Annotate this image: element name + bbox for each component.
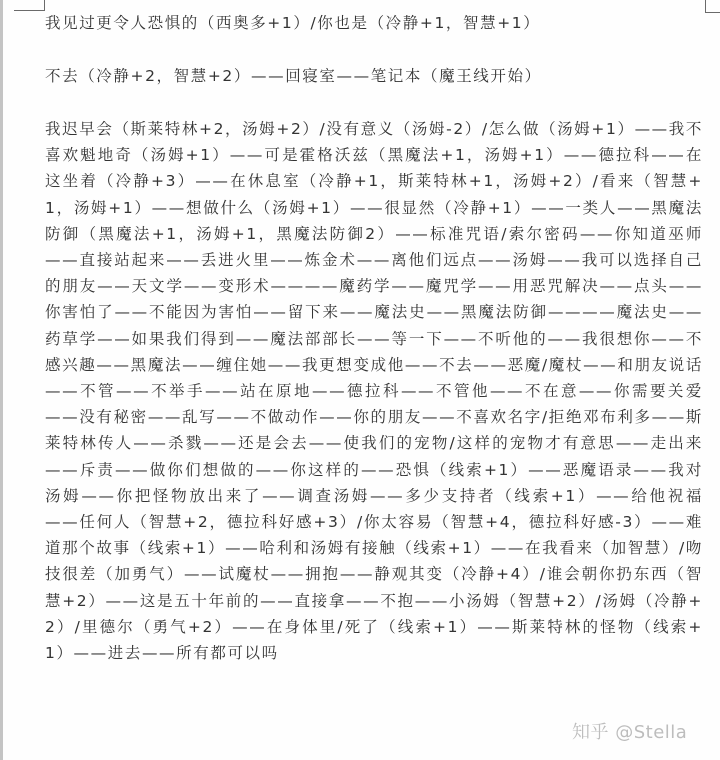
watermark-author: @Stella (615, 722, 687, 743)
paragraph-route-walkthrough: 我迟早会（斯莱特林+2，汤姆+2）/没有意义（汤姆-2）/怎么做（汤姆+1）——… (45, 116, 703, 666)
scanned-document-page: 我见过更令人恐惧的（西奥多+1）/你也是（冷静+1，智慧+1） 不去（冷静+2，… (0, 0, 720, 760)
watermark-platform: 知乎 (572, 722, 609, 743)
zhihu-watermark: 知乎 @Stella (572, 718, 687, 744)
crop-mark-top-left (14, 0, 45, 11)
paragraph-intro-choice: 我见过更令人恐惧的（西奥多+1）/你也是（冷静+1，智慧+1） (45, 10, 703, 36)
page-left-edge-divider (0, 0, 3, 760)
document-body: 我见过更令人恐惧的（西奥多+1）/你也是（冷静+1，智慧+1） 不去（冷静+2，… (45, 10, 703, 666)
paragraph-demon-route-start: 不去（冷静+2，智慧+2）——回寝室——笔记本（魔王线开始） (45, 63, 703, 89)
crop-mark-top-right (705, 0, 720, 13)
